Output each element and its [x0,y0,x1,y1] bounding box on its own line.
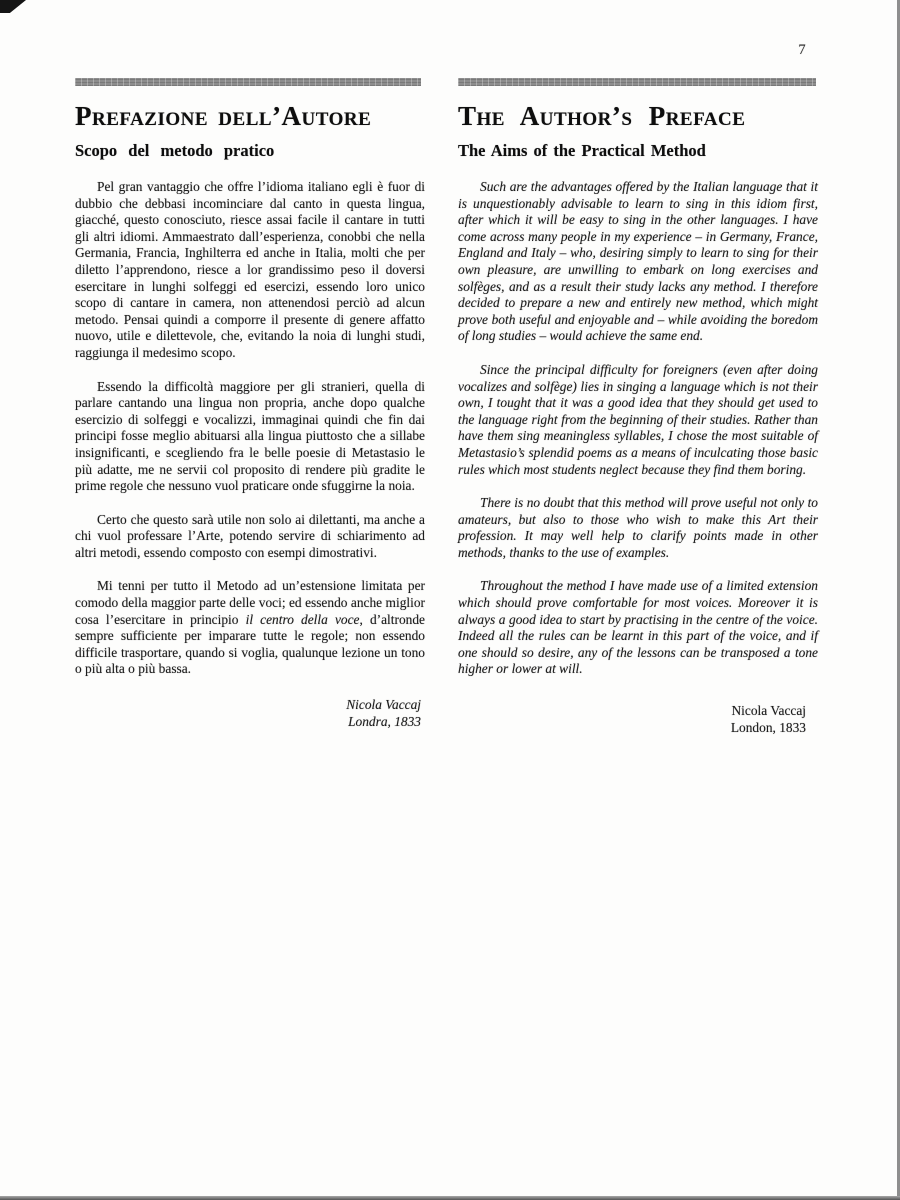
signature-place: Londra, 1833 [75,713,421,730]
scanned-book-page: 7 Prefazione dell’Autore Scopo del metod… [0,0,900,1200]
column-divider-bar-right [458,78,816,86]
signature-place: London, 1833 [458,719,806,736]
italian-paragraph-1: Pel gran vantaggio che offre l’idioma it… [75,179,425,362]
italian-signature: Nicola Vaccaj Londra, 1833 [75,696,425,730]
english-paragraph-4: Throughout the method I have made use of… [458,578,818,678]
italic-phrase: il centro della voce [246,612,360,627]
italian-subheading: Scopo del metodo pratico [75,140,425,161]
english-signature: Nicola Vaccaj London, 1833 [458,702,818,736]
italian-paragraph-3: Certo che questo sarà utile non solo ai … [75,512,425,562]
english-paragraph-1: Such are the advantages offered by the I… [458,179,818,345]
italian-paragraph-4: Mi tenni per tutto il Metodo ad un’esten… [75,578,425,678]
english-column: The Author’s Preface The Aims of the Pra… [458,78,818,736]
italian-heading: Prefazione dell’Autore [75,100,425,132]
column-divider-bar-left [75,78,421,86]
italian-paragraph-2: Essendo la difficoltà maggiore per gli s… [75,379,425,495]
page-number: 7 [782,42,822,59]
scan-corner-artifact [0,0,26,13]
signature-name: Nicola Vaccaj [75,696,421,713]
english-subheading: The Aims of the Practical Method [458,140,818,161]
signature-name: Nicola Vaccaj [458,702,806,719]
english-paragraph-2: Since the principal difficulty for forei… [458,362,818,478]
english-heading: The Author’s Preface [458,100,818,132]
italian-column: Prefazione dell’Autore Scopo del metodo … [75,78,425,730]
scan-edge-bottom [0,1196,900,1200]
english-paragraph-3: There is no doubt that this method will … [458,495,818,561]
